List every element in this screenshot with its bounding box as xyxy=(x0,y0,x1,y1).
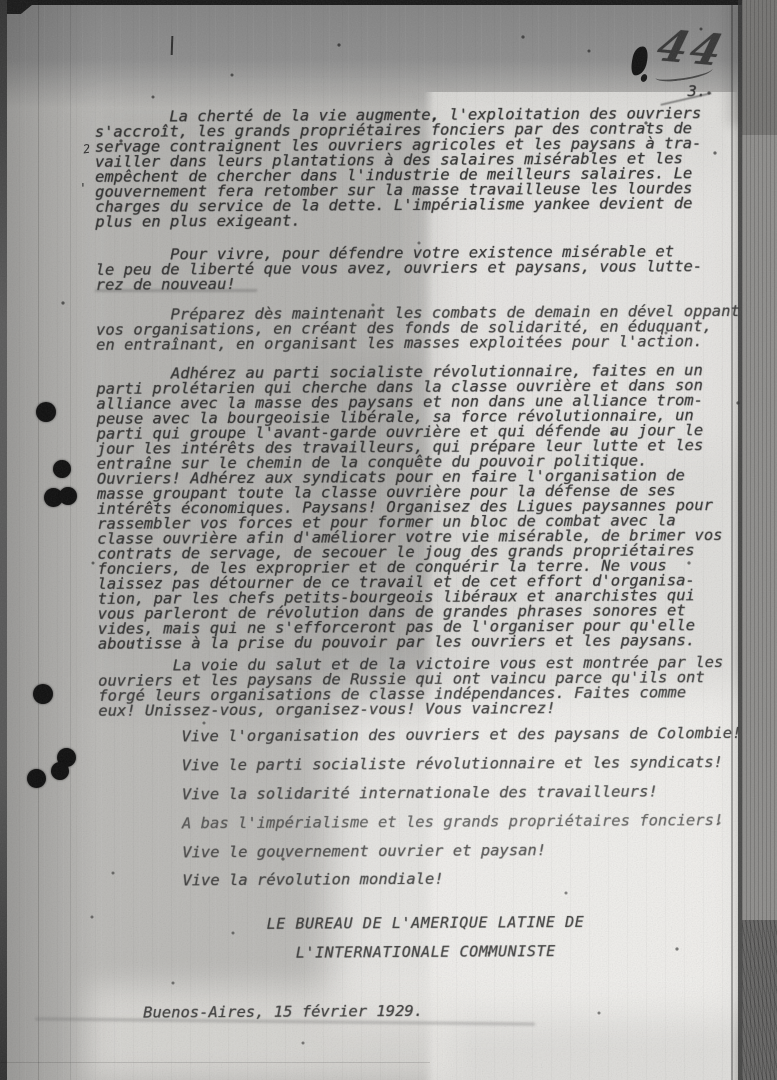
left-edge-shadow xyxy=(0,0,7,1080)
signature-line-2: L'INTERNATIONALE COMMUNISTE xyxy=(296,944,556,961)
paragraph: La cherté de la vie augmente, l'exploita… xyxy=(95,106,777,230)
punch-hole xyxy=(33,684,53,704)
typed-text-layer: La cherté de la vie augmente, l'exploita… xyxy=(0,0,777,1080)
punch-hole xyxy=(59,487,77,505)
margin-mark: ' xyxy=(79,182,87,197)
punch-hole xyxy=(27,769,46,788)
slogan-line: Vive le parti socialiste révolutionnaire… xyxy=(182,755,777,774)
paragraph: Pour vivre, pour défendre votre existenc… xyxy=(95,244,777,293)
fold-line xyxy=(38,0,39,1080)
punch-hole xyxy=(51,762,69,780)
slogan-line: Vive la solidarité internationale des tr… xyxy=(182,784,777,803)
top-edge-shadow xyxy=(0,0,777,5)
right-edge-band xyxy=(742,0,777,1080)
punch-hole xyxy=(36,402,56,422)
right-edge-band-shade xyxy=(742,0,777,135)
right-edge-band-shade xyxy=(742,920,777,1080)
underline-smudge xyxy=(95,289,257,292)
document-page: La cherté de la vie augmente, l'exploita… xyxy=(0,0,777,1080)
slogan-line: Vive le gouvernement ouvrier et paysan! xyxy=(182,842,777,861)
fold-line xyxy=(70,0,71,1080)
paragraph: Préparez dès maintenant les combats de d… xyxy=(96,304,777,353)
signature-line-1: LE BUREAU DE L'AMERIQUE LATINE DE xyxy=(267,915,585,932)
bottom-edge-line xyxy=(0,1062,430,1063)
slogan-line: Vive l'organisation des ouvriers et des … xyxy=(181,726,777,745)
punch-hole xyxy=(53,460,71,478)
paragraph: Adhérez au parti socialiste révolutionna… xyxy=(96,363,777,652)
slogan-line: A bas l'impérialisme et les grands propr… xyxy=(182,813,777,832)
slogan-line: Vive la révolution mondiale! xyxy=(182,870,777,889)
scan-edge-line xyxy=(731,0,733,1080)
paragraph: La voie du salut et de la victoire vous … xyxy=(98,655,777,719)
